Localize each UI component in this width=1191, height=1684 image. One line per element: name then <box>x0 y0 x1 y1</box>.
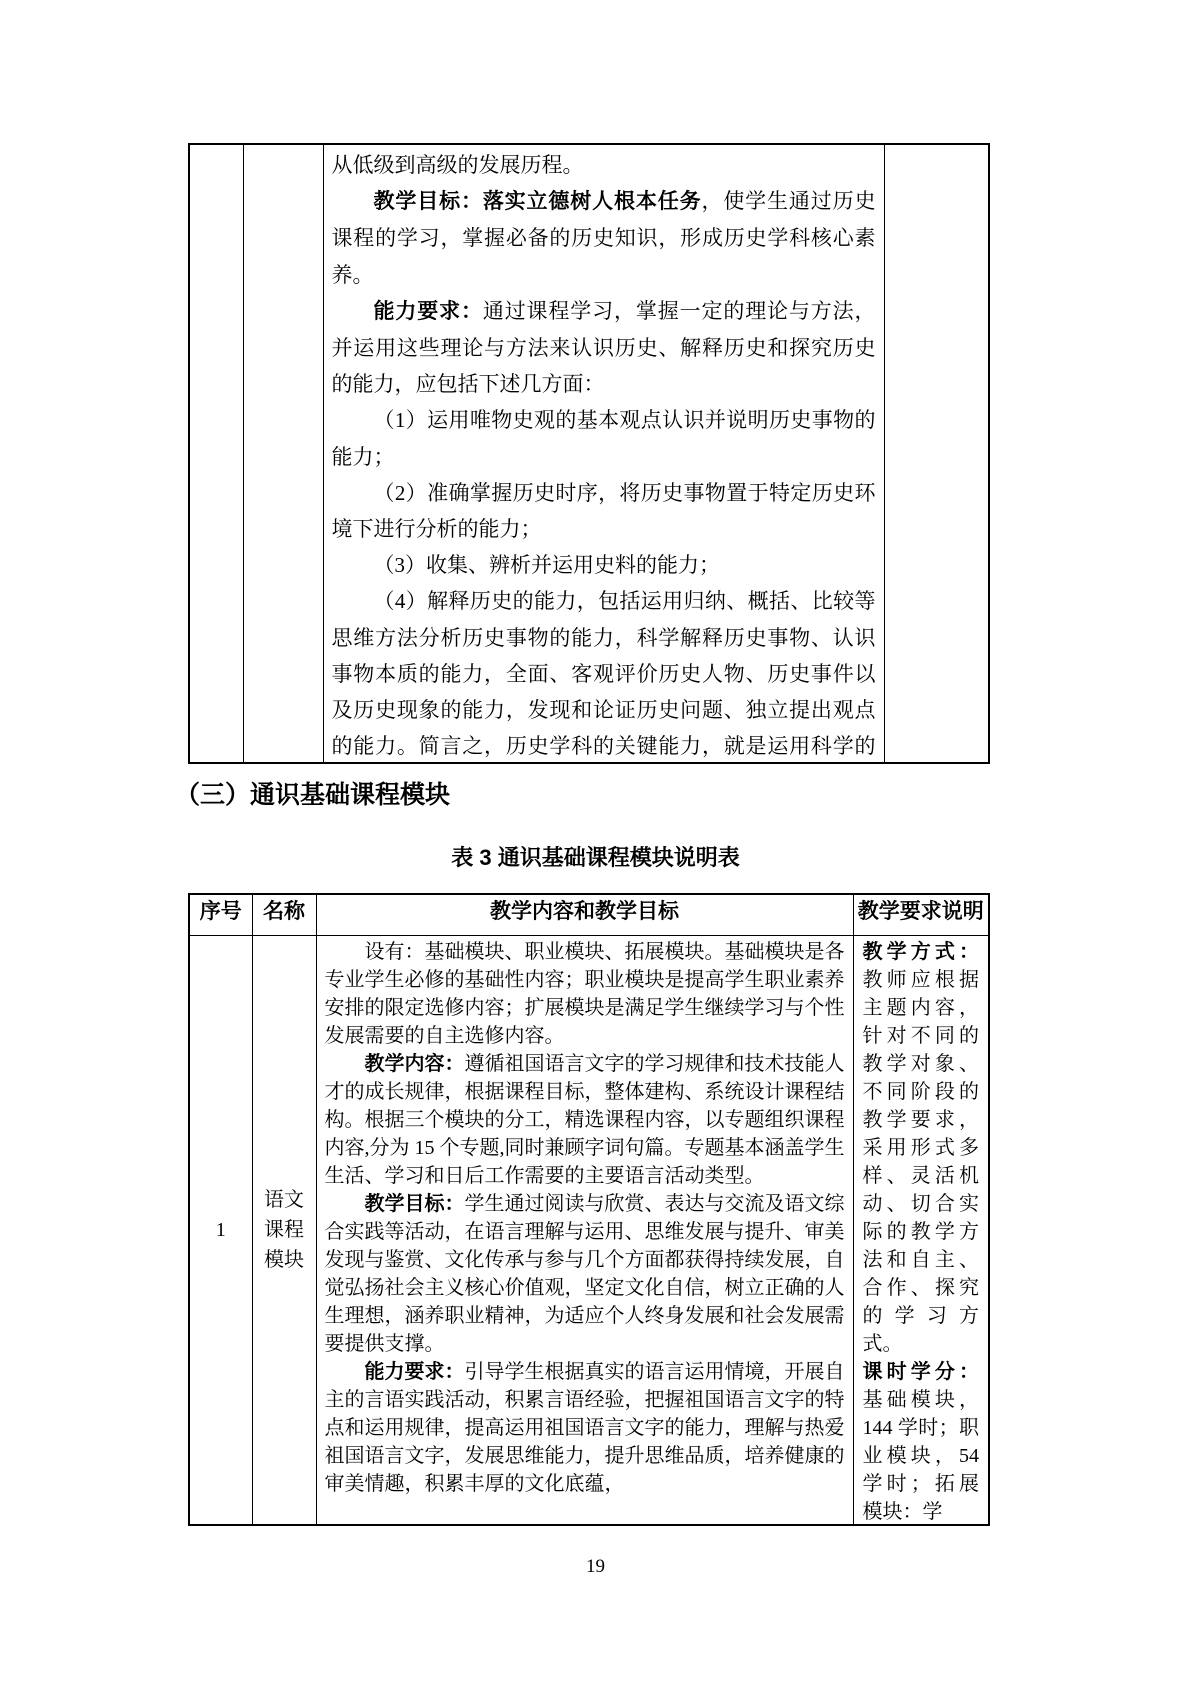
table-title: 表 3 通识基础课程模块说明表 <box>0 843 1191 873</box>
top-table-index-cell <box>189 144 243 763</box>
header-requirement: 教学要求说明 <box>853 894 989 936</box>
row-course-name: 语文课程模块 <box>252 936 316 1526</box>
header-content: 教学内容和教学目标 <box>316 894 853 936</box>
section-heading: （三）通识基础课程模块 <box>175 779 450 811</box>
row-index: 1 <box>189 936 252 1526</box>
header-name: 名称 <box>252 894 316 936</box>
table-header-row: 序号 名称 教学内容和教学目标 教学要求说明 <box>189 894 989 936</box>
course-requirement-text: 教学方式：教师应根据主题内容，针对不同的教学对象、不同阶段的教学要求，采用形式多… <box>863 938 980 1524</box>
page-number: 19 <box>0 1556 1191 1578</box>
row-requirement-cell: 教学方式：教师应根据主题内容，针对不同的教学对象、不同阶段的教学要求，采用形式多… <box>853 936 989 1526</box>
table-row: 从低级到高级的发展历程。教学目标：落实立德树人根本任务，使学生通过历史课程的学习… <box>189 144 989 763</box>
history-course-content: 从低级到高级的发展历程。教学目标：落实立德树人根本任务，使学生通过历史课程的学习… <box>332 147 876 762</box>
course-content-text: 设有：基础模块、职业模块、拓展模块。基础模块是各专业学生必修的基础性内容；职业模… <box>325 938 845 1498</box>
row-content-cell: 设有：基础模块、职业模块、拓展模块。基础模块是各专业学生必修的基础性内容；职业模… <box>316 936 853 1526</box>
document-page: 从低级到高级的发展历程。教学目标：落实立德树人根本任务，使学生通过历史课程的学习… <box>0 0 1191 1684</box>
top-table-content-cell: 从低级到高级的发展历程。教学目标：落实立德树人根本任务，使学生通过历史课程的学习… <box>323 144 884 763</box>
header-index: 序号 <box>189 894 252 936</box>
history-course-table: 从低级到高级的发展历程。教学目标：落实立德树人根本任务，使学生通过历史课程的学习… <box>188 143 990 764</box>
general-course-table: 序号 名称 教学内容和教学目标 教学要求说明 1 语文课程模块 设有：基础模块、… <box>188 893 990 1526</box>
top-table-name-cell <box>243 144 323 763</box>
table-row: 1 语文课程模块 设有：基础模块、职业模块、拓展模块。基础模块是各专业学生必修的… <box>189 936 989 1526</box>
top-table-requirement-cell <box>884 144 989 763</box>
